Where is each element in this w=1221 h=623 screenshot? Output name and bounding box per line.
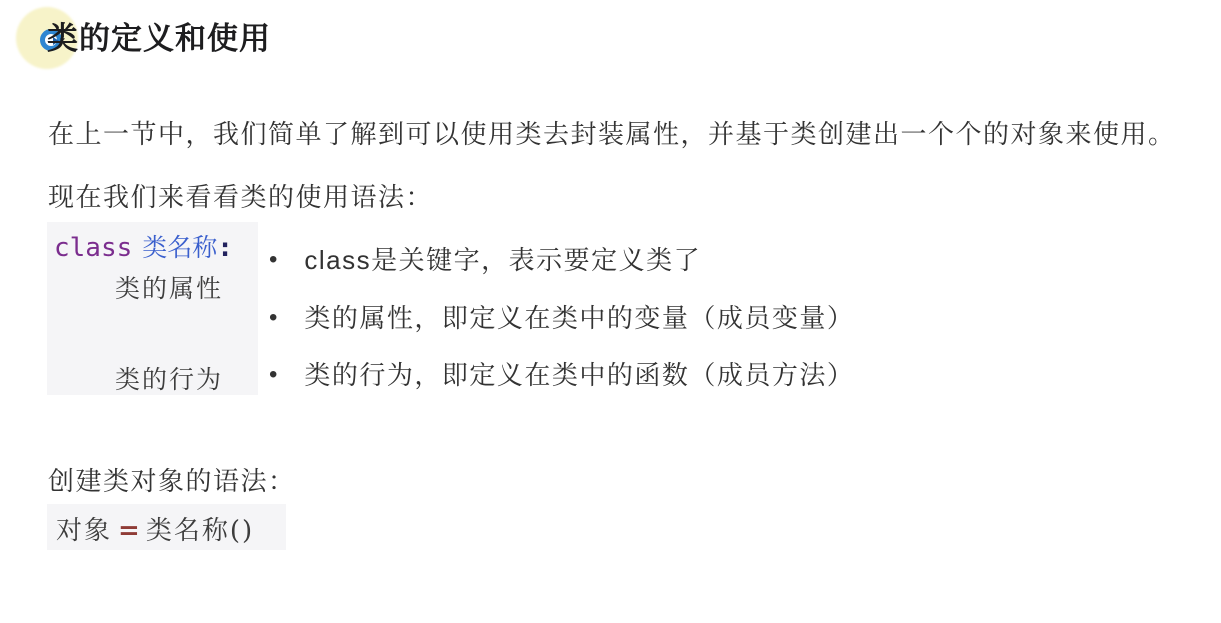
bullet-text: 类的行为，即定义在类中的函数（成员方法） <box>304 360 854 390</box>
syntax-lead-paragraph: 现在我们来看看类的使用语法： <box>48 177 433 214</box>
class-keyword: class <box>54 233 132 263</box>
document-page: 类的定义和使用 在上一节中，我们简单了解到可以使用类去封装属性，并基于类创建出一… <box>0 0 1221 623</box>
intro-paragraph: 在上一节中，我们简单了解到可以使用类去封装属性，并基于类创建出一个个的对象来使用… <box>48 114 1176 151</box>
list-item: • class是关键字，表示要定义类了 <box>269 245 701 275</box>
class-syntax-code-block: class类名称: 类的属性 类的行为 <box>47 222 258 395</box>
list-item: • 类的属性，即定义在类中的变量（成员变量） <box>269 303 854 333</box>
colon-token: : <box>217 233 233 263</box>
bullet-icon: • <box>269 245 277 275</box>
bullet-icon: • <box>269 303 277 333</box>
bullet-icon: • <box>269 360 277 390</box>
class-attribute-line: 类的属性 <box>115 269 223 305</box>
title-section: 类的定义和使用 <box>0 0 1221 90</box>
page-title: 类的定义和使用 <box>47 13 271 58</box>
class-declaration-line: class类名称: <box>54 228 233 264</box>
class-call-token: 类名称() <box>146 516 254 546</box>
create-object-code-block: 对象=类名称() <box>47 504 286 550</box>
list-item: • 类的行为，即定义在类中的函数（成员方法） <box>269 360 854 390</box>
bullet-text: 类的属性，即定义在类中的变量（成员变量） <box>304 303 854 333</box>
object-token: 对象 <box>56 516 112 546</box>
equals-operator: = <box>118 516 140 546</box>
class-behavior-line: 类的行为 <box>115 360 223 396</box>
bullet-text: class是关键字，表示要定义类了 <box>304 245 701 275</box>
create-lead-paragraph: 创建类对象的语法： <box>48 461 296 498</box>
class-name-token: 类名称 <box>142 233 217 262</box>
